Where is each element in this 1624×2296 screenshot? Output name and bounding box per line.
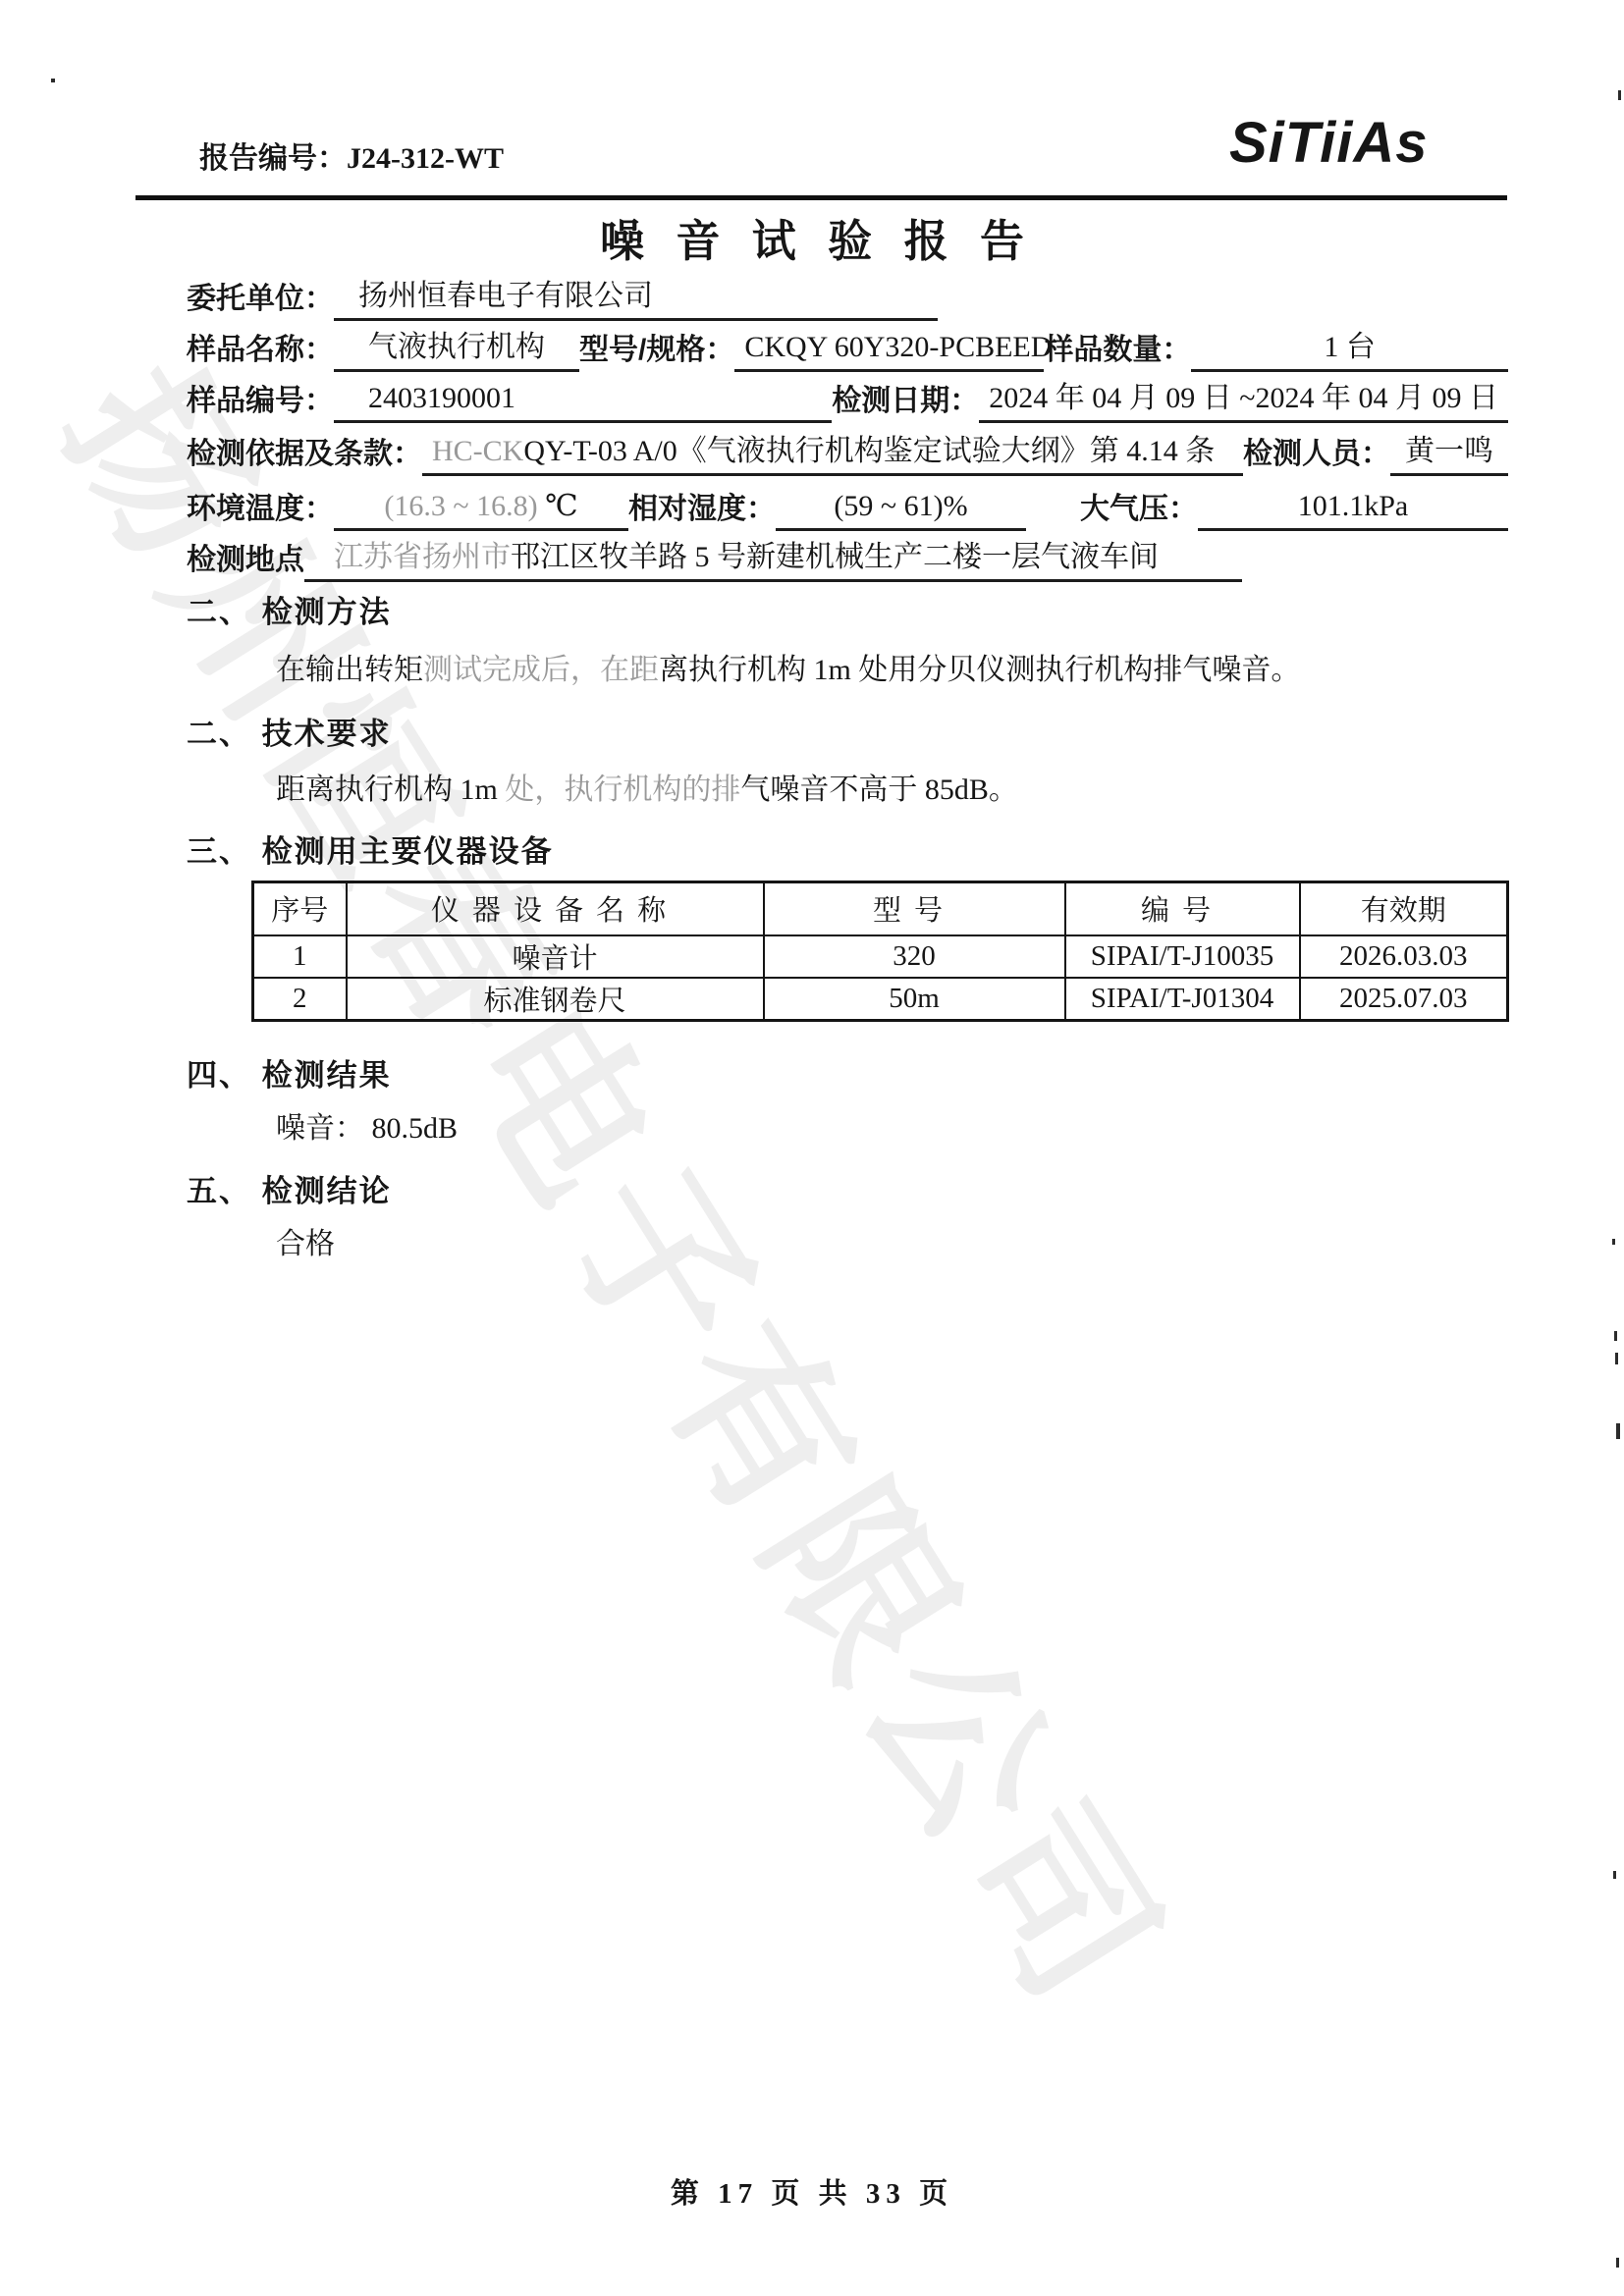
cell-validity: 2025.07.03 — [1300, 978, 1508, 1021]
humidity-value: (59 ~ 61)% — [776, 487, 1026, 531]
method-body-p3: 离执行机构 1m 处用分贝仪测执行机构排气噪音。 — [659, 654, 1300, 686]
table-header-row: 序号 仪器设备名称 型号 编号 有效期 — [253, 882, 1508, 935]
requirement-body-p2: 处，执行机构的排 — [505, 774, 740, 806]
quantity-label: 样品数量： — [1044, 331, 1191, 372]
col-header-name: 仪器设备名称 — [347, 882, 764, 935]
client-value: 扬州恒春电子有限公司 — [334, 277, 938, 321]
sample-no-label: 样品编号： — [187, 382, 334, 423]
client-label: 委托单位： — [187, 280, 334, 321]
cell-name: 噪音计 — [347, 935, 764, 978]
section-conclusion-body: 合格 — [276, 1219, 335, 1262]
method-body-p1: 在输出转矩 — [276, 654, 423, 686]
section-result-body: 噪音： 80.5dB — [276, 1103, 458, 1147]
row-environment: 环境温度： (16.3 ~ 16.8) ℃ 相对湿度： (59 ~ 61)% 大… — [187, 485, 1508, 531]
temperature-range: (16.3 ~ 16.8) — [384, 490, 537, 522]
scan-speck — [51, 79, 55, 82]
test-date-value: 2024 年 04 月 09 日 ~2024 年 04 月 09 日 — [979, 379, 1508, 423]
cell-index: 1 — [253, 935, 347, 978]
section-method-heading: 二、 检测方法 — [187, 587, 392, 631]
page-footer: 第 17 页 共 33 页 — [0, 2171, 1624, 2212]
location-value-faded: 江苏省扬州市 — [334, 541, 511, 573]
report-content: 报告编号：J24-312-WT SiTiiAs 噪音试验报告 委托单位： 扬州恒… — [0, 0, 1624, 2296]
requirement-body-p1: 距离执行机构 1m — [276, 774, 505, 806]
cell-name: 标准钢卷尺 — [347, 978, 764, 1021]
sample-name-label: 样品名称： — [187, 331, 334, 372]
model-label: 型号/规格： — [579, 331, 734, 372]
location-value: 江苏省扬州市邗江区牧羊路 5 号新建机械生产二楼一层气液车间 — [304, 538, 1242, 582]
basis-value-rest: QY-T-03 A/0《气液执行机构鉴定试验大纲》第 4.14 条 — [523, 435, 1215, 467]
row-location: 检测地点 江苏省扬州市邗江区牧羊路 5 号新建机械生产二楼一层气液车间 — [187, 536, 1508, 582]
row-client: 委托单位： 扬州恒春电子有限公司 — [187, 275, 1508, 321]
cell-index: 2 — [253, 978, 347, 1021]
table-row: 2 标准钢卷尺 50m SIPAI/T-J01304 2025.07.03 — [253, 978, 1508, 1021]
row-basis: 检测依据及条款： HC-CKQY-T-03 A/0《气液执行机构鉴定试验大纲》第… — [187, 430, 1508, 476]
scan-speck — [1614, 1331, 1617, 1341]
header-divider — [135, 195, 1507, 200]
pressure-label: 大气压： — [1080, 490, 1198, 531]
report-page: 扬州恒春电子有限公司 报告编号：J24-312-WT SiTiiAs 噪音试验报… — [0, 0, 1624, 2296]
temperature-value: (16.3 ~ 16.8) ℃ — [334, 487, 628, 531]
tester-label: 检测人员： — [1243, 435, 1390, 476]
pressure-value: 101.1kPa — [1198, 487, 1508, 531]
cell-model: 320 — [764, 935, 1065, 978]
cell-serial: SIPAI/T-J01304 — [1065, 978, 1300, 1021]
cell-validity: 2026.03.03 — [1300, 935, 1508, 978]
scan-speck — [1612, 1239, 1615, 1245]
basis-label: 检测依据及条款： — [187, 435, 422, 476]
section-method-body: 在输出转矩测试完成后，在距离执行机构 1m 处用分贝仪测执行机构排气噪音。 — [276, 645, 1300, 688]
method-body-p2: 测试完成后，在距 — [423, 654, 659, 686]
sample-no-value: 2403190001 — [334, 379, 832, 423]
test-date-label: 检测日期： — [832, 382, 979, 423]
section-conclusion-heading: 五、 检测结论 — [187, 1166, 392, 1210]
temperature-label: 环境温度： — [187, 490, 334, 531]
cell-model: 50m — [764, 978, 1065, 1021]
table-row: 1 噪音计 320 SIPAI/T-J10035 2026.03.03 — [253, 935, 1508, 978]
col-header-serial: 编号 — [1065, 882, 1300, 935]
scan-speck — [1616, 1423, 1620, 1439]
model-value: CKQY 60Y320-PCBEED — [734, 328, 1044, 372]
scan-speck — [1616, 2258, 1619, 2268]
report-number: 报告编号：J24-312-WT — [199, 133, 504, 177]
tester-value: 黄一鸣 — [1390, 432, 1508, 476]
location-label: 检测地点 — [187, 541, 304, 582]
scan-speck — [1618, 90, 1621, 100]
section-requirement-body: 距离执行机构 1m 处，执行机构的排气噪音不高于 85dB。 — [276, 765, 1018, 808]
section-requirement-heading: 二、 技术要求 — [187, 709, 392, 753]
location-value-rest: 邗江区牧羊路 5 号新建机械生产二楼一层气液车间 — [511, 541, 1159, 573]
requirement-body-p3: 气噪音不高于 85dB。 — [740, 774, 1018, 806]
page-title: 噪音试验报告 — [0, 205, 1624, 269]
basis-value-faded: HC-CK — [432, 435, 523, 467]
scan-speck — [1615, 1353, 1618, 1364]
basis-value: HC-CKQY-T-03 A/0《气液执行机构鉴定试验大纲》第 4.14 条 — [422, 432, 1243, 476]
humidity-label: 相对湿度： — [628, 490, 776, 531]
scan-speck — [1613, 1871, 1616, 1879]
cell-serial: SIPAI/T-J10035 — [1065, 935, 1300, 978]
col-header-index: 序号 — [253, 882, 347, 935]
row-sample-no: 样品编号： 2403190001 检测日期： 2024 年 04 月 09 日 … — [187, 377, 1508, 423]
section-instruments-heading: 三、 检测用主要仪器设备 — [187, 827, 554, 871]
row-sample: 样品名称： 气液执行机构 型号/规格： CKQY 60Y320-PCBEED 样… — [187, 326, 1508, 372]
temperature-unit: ℃ — [538, 490, 578, 522]
col-header-validity: 有效期 — [1300, 882, 1508, 935]
sitiias-logo: SiTiiAs — [1229, 110, 1429, 176]
instruments-table: 序号 仪器设备名称 型号 编号 有效期 1 噪音计 320 SIPAI/T-J1… — [251, 881, 1509, 1022]
quantity-value: 1 台 — [1191, 328, 1508, 372]
sample-name-value: 气液执行机构 — [334, 328, 579, 372]
section-result-heading: 四、 检测结果 — [187, 1050, 392, 1095]
col-header-model: 型号 — [764, 882, 1065, 935]
